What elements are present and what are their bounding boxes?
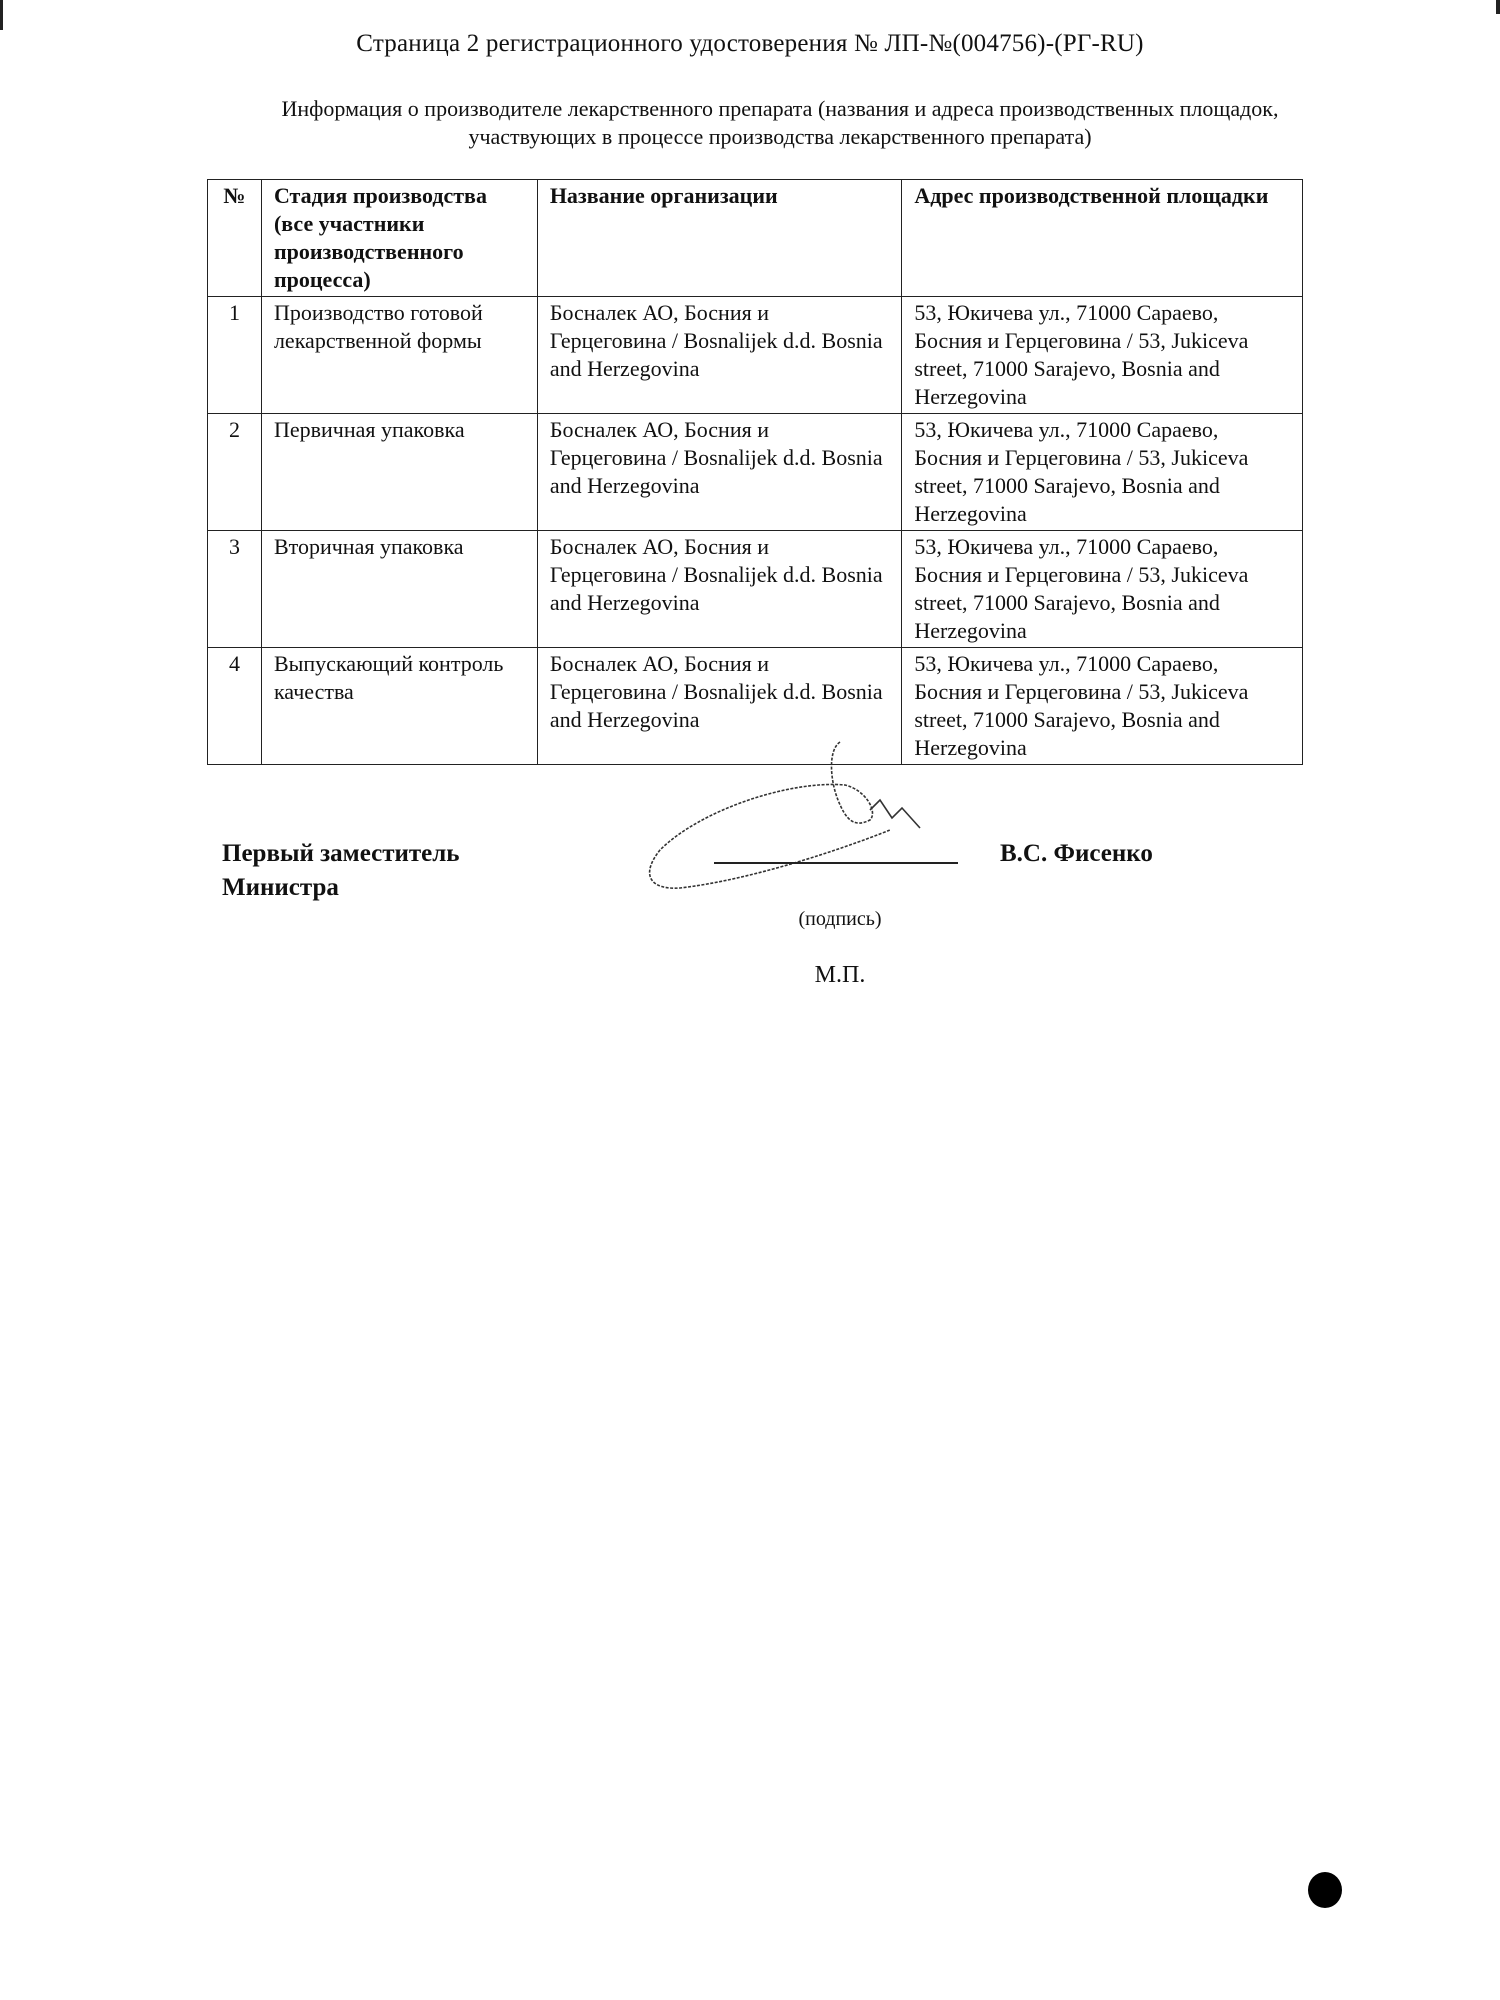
signatory-role-line-1: Первый заместитель [222, 837, 460, 871]
column-header-address: Адрес производственной площадки [902, 180, 1303, 297]
column-header-number: № [208, 180, 262, 297]
manufacturer-table: № Стадия производства (все участники про… [207, 179, 1303, 765]
signatory-role: Первый заместитель Министра [222, 837, 460, 905]
signature-line [714, 862, 958, 864]
cell-number: 4 [208, 648, 262, 765]
stamp-placeholder: М.П. [740, 962, 940, 989]
signature-caption: (подпись) [720, 908, 960, 931]
page-title: Страница 2 регистрационного удостоверени… [0, 30, 1500, 58]
signatory-name: В.С. Фисенко [1000, 840, 1153, 868]
cell-address: 53, Юкичева ул., 71000 Сараево, Босния и… [902, 297, 1303, 414]
cell-number: 3 [208, 531, 262, 648]
cell-organization: Босналек АО, Босния и Герцеговина / Bosn… [537, 531, 902, 648]
signatory-role-line-2: Министра [222, 871, 460, 905]
subtitle-line-2: участвующих в процессе производства лека… [200, 123, 1360, 151]
table-row: 3Вторичная упаковкаБосналек АО, Босния и… [208, 531, 1303, 648]
scan-edge-mark-right [1496, 0, 1500, 14]
cell-stage: Вторичная упаковка [261, 531, 537, 648]
table-row: 1Производство готовой лекарственной форм… [208, 297, 1303, 414]
scan-punch-hole-mark [1308, 1872, 1342, 1908]
cell-stage: Выпускающий контроль качества [261, 648, 537, 765]
cell-organization: Босналек АО, Босния и Герцеговина / Bosn… [537, 414, 902, 531]
handwritten-signature [640, 740, 980, 890]
cell-number: 1 [208, 297, 262, 414]
cell-organization: Босналек АО, Босния и Герцеговина / Bosn… [537, 297, 902, 414]
section-subtitle: Информация о производителе лекарственног… [200, 95, 1360, 151]
cell-stage: Производство готовой лекарственной формы [261, 297, 537, 414]
scan-edge-mark-left [0, 0, 3, 30]
column-header-organization: Название организации [537, 180, 902, 297]
column-header-stage: Стадия производства (все участники произ… [261, 180, 537, 297]
cell-address: 53, Юкичева ул., 71000 Сараево, Босния и… [902, 414, 1303, 531]
cell-number: 2 [208, 414, 262, 531]
subtitle-line-1: Информация о производителе лекарственног… [200, 95, 1360, 123]
table-header-row: № Стадия производства (все участники про… [208, 180, 1303, 297]
cell-stage: Первичная упаковка [261, 414, 537, 531]
table-row: 2Первичная упаковкаБосналек АО, Босния и… [208, 414, 1303, 531]
cell-address: 53, Юкичева ул., 71000 Сараево, Босния и… [902, 531, 1303, 648]
